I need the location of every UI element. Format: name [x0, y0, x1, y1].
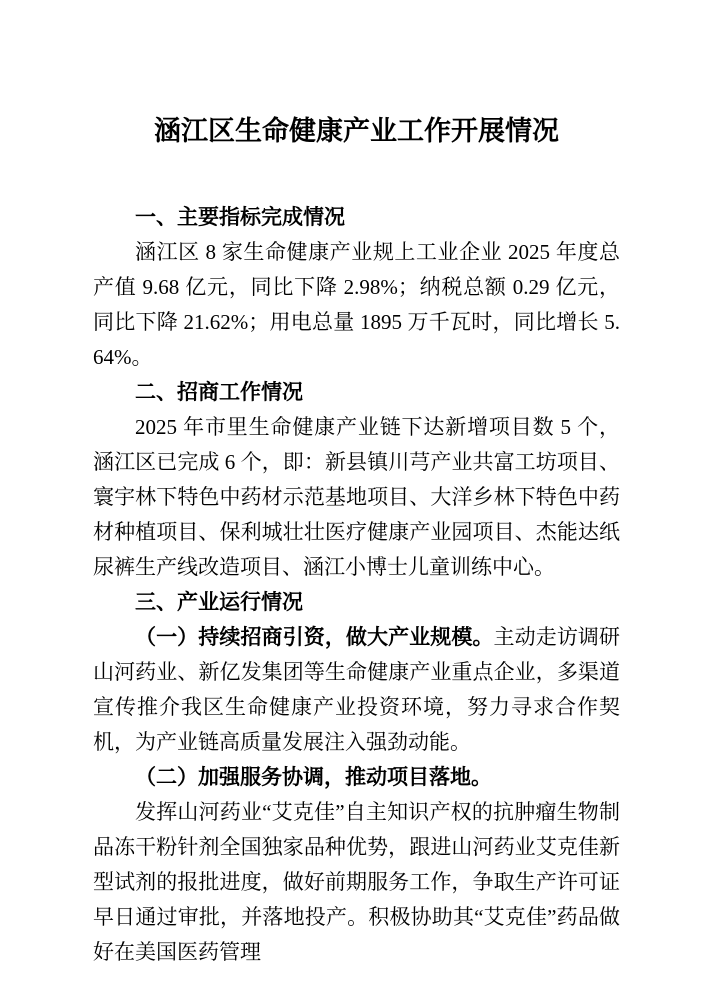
paragraph-projects: 2025 年市里生命健康产业链下达新增项目数 5 个，涵江区已完成 6 个，即：… — [93, 410, 620, 585]
paragraph-text: 发挥山河药业“艾克佳”自主知识产权的抗肿瘤生物制品冻干粉针剂全国独家品种优势，跟… — [93, 800, 620, 964]
section-heading-2: 二、招商工作情况 — [93, 375, 620, 410]
paragraph-indicators: 涵江区 8 家生命健康产业规上工业企业 2025 年度总产值 9.68 亿元，同… — [93, 235, 620, 375]
document-page: 涵江区生命健康产业工作开展情况 一、主要指标完成情况 涵江区 8 家生命健康产业… — [0, 0, 707, 999]
paragraph-subitem-1: （一）持续招商引资，做大产业规模。主动走访调研山河药业、新亿发集团等生命健康产业… — [93, 620, 620, 760]
subitem-1-lead: （一）持续招商引资，做大产业规模。 — [135, 625, 494, 649]
paragraph-subitem-2: （二）加强服务协调，推动项目落地。 — [93, 760, 620, 795]
paragraph-text: 2025 年市里生命健康产业链下达新增项目数 5 个，涵江区已完成 6 个，即：… — [93, 415, 620, 579]
section-heading-1: 一、主要指标完成情况 — [93, 200, 620, 235]
subitem-2-lead: （二）加强服务协调，推动项目落地。 — [135, 765, 492, 789]
paragraph-aikejia: 发挥山河药业“艾克佳”自主知识产权的抗肿瘤生物制品冻干粉针剂全国独家品种优势，跟… — [93, 795, 620, 970]
section-heading-3: 三、产业运行情况 — [93, 585, 620, 620]
paragraph-text: 涵江区 8 家生命健康产业规上工业企业 2025 年度总产值 9.68 亿元，同… — [93, 240, 620, 369]
document-title: 涵江区生命健康产业工作开展情况 — [93, 112, 620, 152]
